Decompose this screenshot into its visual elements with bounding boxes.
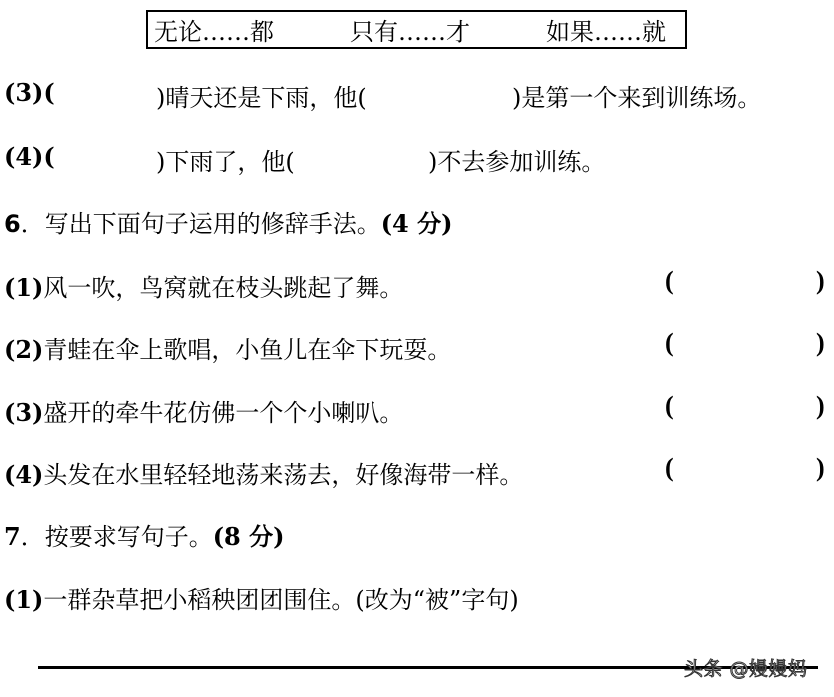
item-text: )下雨了，他( [156, 148, 295, 176]
item-text: )是第一个来到训练场。 [512, 84, 761, 112]
watermark: 头条 @嫚嫚妈 [684, 654, 808, 681]
item-text: )晴天还是下雨，他( [156, 84, 367, 112]
q6-item-2: (2)青蛙在伞上歌唱，小鱼儿在伞下玩耍。 [4, 330, 451, 365]
item-number: (4) [4, 460, 43, 489]
q5-item-3-mid: )晴天还是下雨，他( [156, 78, 367, 113]
item-number: (4)( [4, 142, 55, 171]
question-number: 7 [4, 522, 21, 551]
answer-open-paren: ( [665, 266, 674, 296]
q6-item-3: (3)盛开的牵牛花仿佛一个个小喇叭。 [4, 393, 403, 428]
item-text: 头发在水里轻轻地荡来荡去，好像海带一样。 [43, 461, 523, 489]
item-text: )不去参加训练。 [428, 148, 605, 176]
q7-heading: 7．按要求写句子。(8 分) [4, 517, 284, 552]
item-text: 风一吹，鸟窝就在枝头跳起了舞。 [43, 274, 403, 302]
q6-item-4: (4)头发在水里轻轻地荡来荡去，好像海带一样。 [4, 455, 523, 490]
q7-item-1: (1)一群杂草把小稻秧团团围住。(改为“被”字句) [4, 580, 519, 615]
item-number: (3) [4, 398, 43, 427]
question-score: (4 分) [381, 209, 453, 238]
q5-item-3-end: )是第一个来到训练场。 [512, 78, 761, 113]
item-text: 盛开的牵牛花仿佛一个个小喇叭。 [43, 399, 403, 427]
word-option-2: 只有……才 [350, 12, 546, 47]
item-number: (1) [4, 273, 43, 302]
answer-close-paren: ) [816, 328, 825, 358]
answer-close-paren: ) [816, 391, 825, 421]
item-number: (1) [4, 585, 43, 614]
item-text: 一群杂草把小稻秧团团围住。(改为“被”字句) [43, 586, 518, 614]
item-text: 青蛙在伞上歌唱，小鱼儿在伞下玩耍。 [43, 336, 451, 364]
q5-item-4-mid: )下雨了，他( [156, 142, 295, 177]
question-score: (8 分) [213, 522, 285, 551]
answer-close-paren: ) [816, 266, 825, 296]
question-title: ．写出下面句子运用的修辞手法。 [21, 210, 381, 238]
word-option-3: 如果……就 [546, 12, 666, 47]
q5-item-4-end: )不去参加训练。 [428, 142, 605, 177]
q6-item-1: (1)风一吹，鸟窝就在枝头跳起了舞。 [4, 268, 403, 303]
item-number: (3)( [4, 78, 55, 107]
answer-open-paren: ( [665, 391, 674, 421]
answer-open-paren: ( [665, 328, 674, 358]
word-option-1: 无论……都 [154, 12, 350, 47]
answer-close-paren: ) [816, 453, 825, 483]
item-number: (2) [4, 335, 43, 364]
question-title: ．按要求写句子。 [21, 523, 213, 551]
answer-open-paren: ( [665, 453, 674, 483]
word-choice-box: 无论……都 只有……才 如果……就 [146, 10, 687, 49]
question-number: 6 [4, 210, 21, 238]
q5-item-3: (3)( [4, 78, 55, 107]
q5-item-4: (4)( [4, 142, 55, 171]
q6-heading: 6．写出下面句子运用的修辞手法。(4 分) [4, 204, 452, 239]
